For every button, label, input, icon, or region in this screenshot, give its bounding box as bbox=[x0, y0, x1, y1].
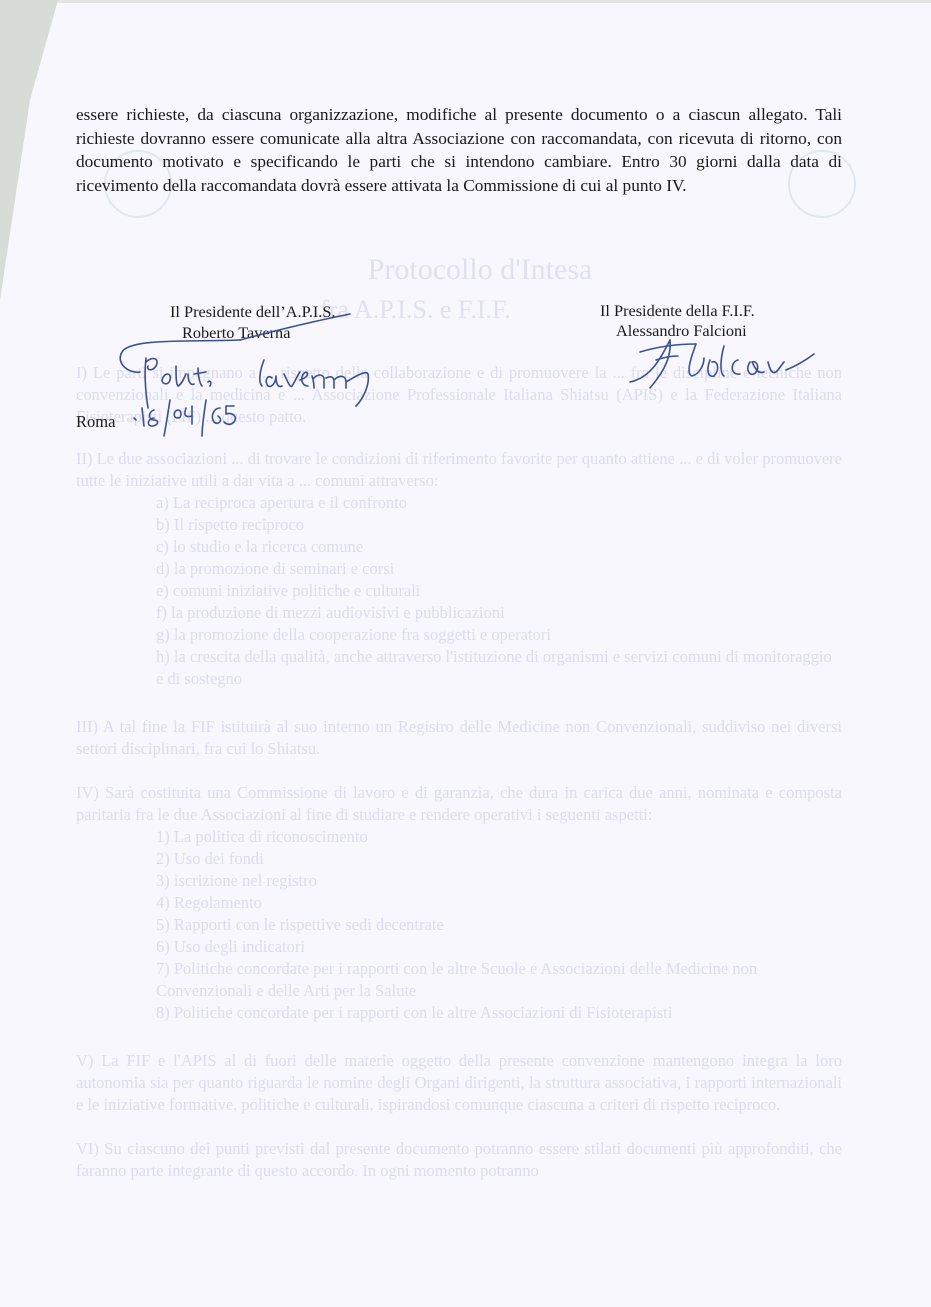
ghost-title: Protocollo d'Intesa bbox=[350, 253, 610, 287]
closing-paragraph: essere richieste, da ciascuna organizzaz… bbox=[76, 103, 842, 197]
ghost-list-b: 1) La politica di riconoscimento 2) Uso … bbox=[76, 826, 842, 1024]
ghost-list-a: a) La reciproca apertura e il confronto … bbox=[76, 492, 842, 690]
ghost-list-item: g) la promozione della cooperazione fra … bbox=[156, 624, 842, 646]
ghost-para: V) La FIF e l'APIS al di fuori delle mat… bbox=[76, 1050, 842, 1116]
scan-edge bbox=[0, 0, 931, 3]
ghost-list-item: 4) Regolamento bbox=[156, 892, 842, 914]
ghost-list-item: f) la produzione di mezzi audiovisivi e … bbox=[156, 602, 842, 624]
ghost-list-item: 8) Politiche concordate per i rapporti c… bbox=[156, 1002, 842, 1024]
ghost-list-item: b) Il rispetto reciproco bbox=[156, 514, 842, 536]
signing-place: Roma bbox=[76, 412, 115, 432]
ghost-list-item: c) lo studio e la ricerca comune bbox=[156, 536, 842, 558]
document-page: Protocollo d'Intesa fra A.P.I.S. e F.I.F… bbox=[0, 0, 931, 1307]
ghost-para: VI) Su ciascuno dei punti previsti dal p… bbox=[76, 1138, 842, 1182]
ghost-body: I) Le parti si impegnano a ... rispetto … bbox=[76, 362, 842, 1182]
falcioni-signature-icon bbox=[600, 330, 830, 400]
ghost-list-item: 5) Rapporti con le rispettive sedi decen… bbox=[156, 914, 842, 936]
ghost-list-item: 3) iscrizione nel registro bbox=[156, 870, 842, 892]
ghost-list-item: e) comuni iniziative politiche e cultura… bbox=[156, 580, 842, 602]
ghost-list-item: 2) Uso dei fondi bbox=[156, 848, 842, 870]
ghost-para: II) Le due associazioni ... di trovare l… bbox=[76, 448, 842, 492]
ghost-para: IV) Sarà costituita una Commissione di l… bbox=[76, 782, 842, 826]
ghost-list-item: 1) La politica di riconoscimento bbox=[156, 826, 842, 848]
ghost-para: III) A tal fine la FIF istituirà al suo … bbox=[76, 716, 842, 760]
ghost-list-item: a) La reciproca apertura e il confronto bbox=[156, 492, 842, 514]
ghost-list-item: h) la crescita della qualità, anche attr… bbox=[156, 646, 842, 690]
ghost-list-item: d) la promozione di seminari e corsi bbox=[156, 558, 842, 580]
fif-president-title: Il Presidente della F.I.F. bbox=[600, 300, 755, 321]
handwritten-date-icon bbox=[130, 390, 250, 440]
ghost-list-item: 7) Politiche concordate per i rapporti c… bbox=[156, 958, 842, 1002]
ghost-list-item: 6) Uso degli indicatori bbox=[156, 936, 842, 958]
